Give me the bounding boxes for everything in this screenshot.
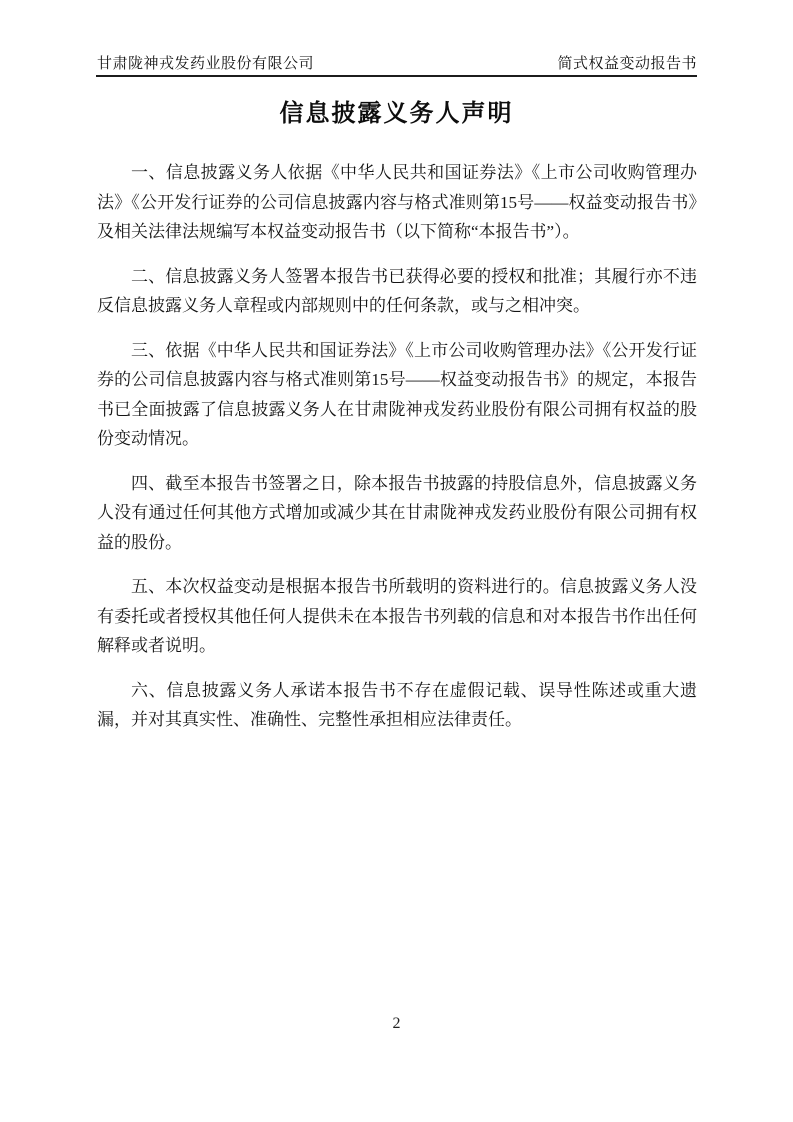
header-divider — [96, 75, 697, 77]
document-body: 一、信息披露义务人依据《中华人民共和国证券法》《上市公司收购管理办法》《公开发行… — [97, 158, 697, 750]
body-paragraph-2: 二、信息披露义务人签署本报告书已获得必要的授权和批准；其履行亦不违反信息披露义务… — [97, 262, 697, 321]
body-paragraph-1: 一、信息披露义务人依据《中华人民共和国证券法》《上市公司收购管理办法》《公开发行… — [97, 158, 697, 247]
document-page: 甘肃陇神戎发药业股份有限公司 简式权益变动报告书 信息披露义务人声明 一、信息披… — [0, 0, 793, 1122]
document-title: 信息披露义务人声明 — [0, 98, 793, 130]
body-paragraph-3: 三、依据《中华人民共和国证券法》《上市公司收购管理办法》《公开发行证券的公司信息… — [97, 336, 697, 454]
body-paragraph-4: 四、截至本报告书签署之日，除本报告书披露的持股信息外，信息披露义务人没有通过任何… — [97, 469, 697, 558]
header-doc-type: 简式权益变动报告书 — [557, 52, 697, 73]
header-company-name: 甘肃陇神戎发药业股份有限公司 — [97, 52, 314, 73]
page-number: 2 — [0, 1015, 793, 1033]
body-paragraph-5: 五、本次权益变动是根据本报告书所载明的资料进行的。信息披露义务人没有委托或者授权… — [97, 572, 697, 661]
page-header: 甘肃陇神戎发药业股份有限公司 简式权益变动报告书 — [97, 52, 697, 76]
body-paragraph-6: 六、信息披露义务人承诺本报告书不存在虚假记载、误导性陈述或重大遗漏，并对其真实性… — [97, 676, 697, 735]
